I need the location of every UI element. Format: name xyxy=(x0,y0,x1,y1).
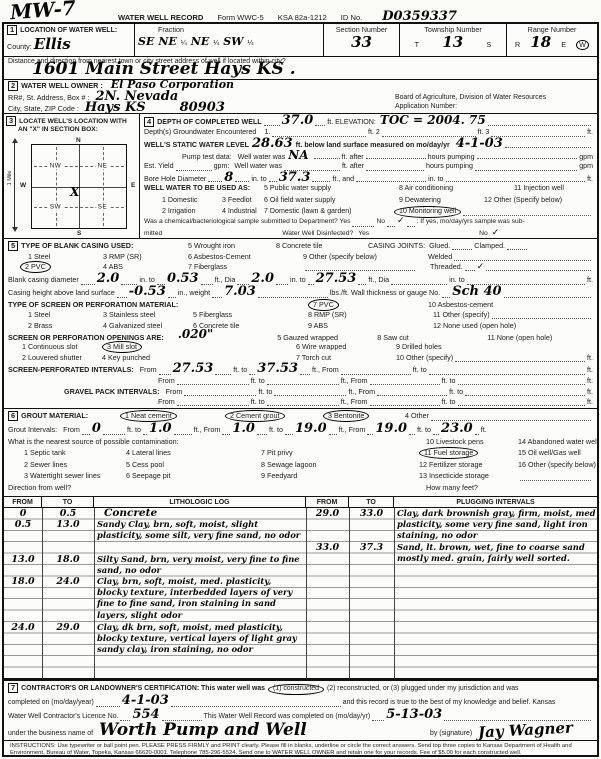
form-title: WATER WELL RECORD xyxy=(118,13,203,22)
blank-diameter-label: Blank casing diameter xyxy=(8,275,79,285)
screen-option-7-pvc-circled: 7 PVC xyxy=(308,299,339,311)
contamination-option-1: 1 Septic tank xyxy=(24,448,126,458)
in-to-label: in. to xyxy=(449,275,465,285)
ft-to-label: ft. to xyxy=(251,376,265,386)
lith-from-2: 0.5 xyxy=(4,519,42,530)
certification-text-2: (2) reconstructed, or (3) plugged under … xyxy=(327,684,519,694)
lith-to-1: 0.5 xyxy=(42,508,94,519)
from-label: From xyxy=(166,387,183,397)
grout-option-2-circled: 2 Cement grout xyxy=(225,410,285,422)
grout-from-3: 19.0 xyxy=(375,423,407,435)
section-5-casing: 5TYPE OF BLANK CASING USED: 5 Wrought ir… xyxy=(4,239,597,408)
plug-from-2: 33.0 xyxy=(306,542,349,553)
certification-text-4: and this record is true to the best of m… xyxy=(343,698,556,708)
section-3-title-2: AN "X" IN SECTION BOX: xyxy=(4,126,139,133)
plug-desc-2: Sand, lt. brown, wet, fine to coarse san… xyxy=(397,542,599,565)
section-number-value: 33 xyxy=(351,33,372,51)
county-label: County: xyxy=(7,42,32,51)
lith-to-5: 29.0 xyxy=(42,622,94,633)
section-3-locate: 3LOCATE WELL'S LOCATION WITH AN "X" IN S… xyxy=(4,114,140,238)
from-label: From xyxy=(140,365,157,375)
lith-from-1: 0 xyxy=(4,508,42,519)
ft-to-label: ft. to xyxy=(417,425,431,435)
use-option-3: 3 Feedlot xyxy=(222,195,264,205)
sample-question-2: : If yes, mo/day/yrs sample was sub- xyxy=(417,217,525,227)
lithologic-log-header: LITHOLOGIC LOG xyxy=(94,497,306,507)
contamination-option-11-circled: 11 Fuel storage xyxy=(419,447,478,459)
pump-test-value: NA xyxy=(288,150,308,161)
license-value: 554 xyxy=(132,709,159,721)
lith-desc-3: Silty Sand, brn, very moist, very fine t… xyxy=(97,554,303,577)
grout-option-1-circled: 1 Neat cement xyxy=(120,410,177,422)
contamination-option-6: 6 Seepage pit xyxy=(126,471,261,481)
use-option-11: 11 Injection well xyxy=(514,183,564,193)
plug-desc-1: Clay, dark brownish gray, firm, moist, m… xyxy=(397,508,599,542)
screen-option-8: 8 RMP (SR) xyxy=(308,310,433,320)
ft-to-label: ft. to xyxy=(233,365,247,375)
fraction-label: Fraction xyxy=(138,25,320,34)
no-label: No xyxy=(479,229,488,239)
south-label: S xyxy=(77,230,81,237)
ft-label: ft. xyxy=(587,275,593,285)
well-address-row: Distance and direction from nearest town… xyxy=(4,57,597,80)
lith-to-4: 24.0 xyxy=(42,576,94,587)
yes-label: Yes xyxy=(358,229,369,239)
contamination-option-9: 9 Feedyard xyxy=(261,471,419,481)
casing-height-label: Casing height above land surface xyxy=(8,288,115,298)
one-mile-label: 1 Mile xyxy=(7,163,13,193)
static-level-value: 28.63 xyxy=(252,138,293,150)
fraction-1: SE xyxy=(138,37,154,47)
screen-option-10: 10 Asbestos-cement xyxy=(428,300,493,310)
township-value: 13 xyxy=(442,36,463,50)
section-4-depth: 4 DEPTH OF COMPLETED WELL 37.0 ft. ELEVA… xyxy=(140,114,597,238)
completed-date-value: 4-1-03 xyxy=(122,695,169,707)
screen-interval-from: 27.53 xyxy=(173,363,214,375)
section-5-title: TYPE OF BLANK CASING USED: xyxy=(21,241,133,250)
used-as-title: WELL WATER TO BE USED AS: xyxy=(144,183,264,193)
casing-option-8: 8 Concrete tile xyxy=(276,241,368,251)
slot-size-value: .020" xyxy=(178,329,213,340)
ft-after-label: ft. after xyxy=(342,161,364,171)
casing-option-6: 6 Asbestos-Cement xyxy=(188,252,303,262)
ft-to-label: ft. to xyxy=(449,387,463,397)
lith-desc-1: Concrete xyxy=(104,508,304,519)
casing-option-3: 3 RMP (SR) xyxy=(103,252,188,262)
use-option-4: 4 Industrial xyxy=(222,206,264,216)
owner-city-label: City, State, ZIP Code : xyxy=(8,104,79,114)
opening-option-2: 2 Louvered shutter xyxy=(22,353,102,363)
ft-label: ft. xyxy=(587,127,593,137)
bore-diameter-value: 8 xyxy=(224,172,233,184)
lith-to-2: 13.0 xyxy=(42,519,94,530)
contamination-option-10: 10 Livestock pens xyxy=(426,437,518,447)
id-label: ID No. xyxy=(341,13,363,22)
screen-option-1: 1 Steel xyxy=(28,310,103,320)
ft-label: ft. xyxy=(587,397,593,407)
water-well-record-form: MW-7 WATER WELL RECORD Form WWC-5 KSA 82… xyxy=(0,0,601,759)
from-label: From xyxy=(158,376,175,386)
ft-label: ft. xyxy=(587,376,593,386)
ft-from-label: ft., From xyxy=(341,397,368,407)
disinfected-no-check: ✓ xyxy=(492,229,500,237)
form-number: Form WWC-5 xyxy=(217,13,263,22)
wall-thickness-label: lbs./ft. Wall thickness or gauge No. xyxy=(330,288,440,298)
ft-from-label: ft., From xyxy=(348,387,375,397)
east-label: E xyxy=(131,182,135,189)
use-option-8: 8 Air conditioning xyxy=(399,183,514,193)
lith-desc-2: Sandy Clay, brn, soft, moist, slight pla… xyxy=(97,519,303,542)
screen-interval-to: 37.53 xyxy=(257,363,298,375)
certification-text-1: CONTRACTOR'S OR LANDOWNER'S CERTIFICATIO… xyxy=(21,684,265,694)
section-2-owner: 2WATER WELL OWNER :El Paso Corporation R… xyxy=(4,80,597,114)
section-box: NW NE SW SE X xyxy=(31,144,127,229)
plug-to-1: 33.0 xyxy=(349,508,394,519)
township-s: S xyxy=(487,40,492,49)
application-number-label: Application Number: xyxy=(395,102,591,111)
owner-zip-value: 80903 xyxy=(180,102,225,114)
sample-question: Was a chemical/bacteriological sample su… xyxy=(144,217,350,227)
direction-label: Direction from well? xyxy=(8,483,426,493)
in-to-label: in. to xyxy=(290,275,306,285)
screen-option-3: 3 Stainless steel xyxy=(103,310,193,320)
section-5-number: 5 xyxy=(8,241,18,251)
business-name-value: Worth Pump and Well xyxy=(99,723,307,738)
range-e: E xyxy=(561,40,566,49)
ft-to-label: ft. to xyxy=(127,425,141,435)
nw-quadrant-label: NW xyxy=(48,162,64,169)
lith-from-3: 13.0 xyxy=(4,554,42,565)
casing-option-9: 9 Other (specify below) xyxy=(303,252,428,262)
agency-name: Board of Agriculture, Division of Water … xyxy=(395,93,591,102)
contamination-option-16: 16 Other (specify below) xyxy=(518,460,596,470)
grout-from-2: 1.0 xyxy=(232,423,255,435)
section-4-number: 4 xyxy=(144,117,154,127)
business-name-label: under the business name of xyxy=(8,729,93,739)
ft-label: ft. xyxy=(481,425,487,435)
to-header: TO xyxy=(349,497,394,507)
owner-city-value: Hays KS xyxy=(85,102,146,114)
contamination-option-3: 3 Watertight sewer lines xyxy=(24,471,126,481)
form-header: MW-7 WATER WELL RECORD Form WWC-5 KSA 82… xyxy=(0,0,601,22)
statute: KSA 82a-1212 xyxy=(278,13,327,22)
disinfected-label: Water Well Disinfected? xyxy=(282,229,353,239)
section-1-title: LOCATION OF WATER WELL: xyxy=(20,27,117,34)
range-w-circled: W xyxy=(576,40,589,50)
ft-label: ft. xyxy=(587,353,593,363)
contamination-option-14: 14 Abandoned water well xyxy=(518,437,598,447)
use-option-7: 7 Domestic (lawn & garden) xyxy=(264,206,394,216)
well-id-handwritten: MW-7 xyxy=(9,0,76,21)
section-6-title: GROUT MATERIAL: xyxy=(21,411,88,420)
lith-from-5: 24.0 xyxy=(4,622,42,633)
lith-desc-4: Clay, brn, soft, moist, med. plasticity,… xyxy=(97,576,303,622)
dia-label: ft., Dia xyxy=(368,275,389,285)
section-7-certification: 7 CONTRACTOR'S OR LANDOWNER'S CERTIFICAT… xyxy=(4,679,597,740)
from-header: FROM xyxy=(306,497,349,507)
contamination-option-4: 4 Lateral lines xyxy=(126,448,261,458)
from-header: FROM xyxy=(4,497,42,507)
section-2-title: WATER WELL OWNER : xyxy=(21,81,103,91)
well-water-was-label: Well water was xyxy=(234,161,282,171)
lith-desc-5: Clay, dk brn, soft, moist, med plasticit… xyxy=(97,622,303,656)
ft-to-label: ft. to xyxy=(442,397,456,407)
contamination-title: What is the nearest source of possible c… xyxy=(8,437,426,447)
dia-label: ft., Dia xyxy=(215,275,236,285)
from-label: From xyxy=(158,397,175,407)
grout-option-3-circled: 3 Bentonite xyxy=(323,410,369,422)
contamination-option-7: 7 Pit privy xyxy=(261,448,419,458)
threaded-check: ✓ xyxy=(477,263,485,271)
use-option-9: 9 Dewatering xyxy=(399,195,484,205)
gw-2: ft. 2 xyxy=(368,127,380,137)
use-option-1: 1 Domestic xyxy=(162,195,222,205)
ft-label: ft. xyxy=(587,387,593,397)
opening-option-1: 1 Continuous slot xyxy=(22,342,102,352)
contamination-option-12: 12 Fertilizer storage xyxy=(419,460,518,470)
blank-diameter-1: 2.0 xyxy=(97,273,120,285)
fraction-4: SW xyxy=(223,37,243,47)
grout-to-1: 1.0 xyxy=(149,423,172,435)
instructions-footer: INSTRUCTIONS: Use typewriter or ball poi… xyxy=(4,740,597,757)
sample-no-check: ✓ xyxy=(397,217,405,225)
blank-diameter-2: 2.0 xyxy=(251,273,274,285)
signature-value: Jay Wagner xyxy=(478,721,573,739)
from-label: From xyxy=(63,425,80,435)
range-label: Range Number xyxy=(510,25,594,34)
opening-option-9: 9 Drilled holes xyxy=(396,342,442,352)
section-3-number: 3 xyxy=(6,116,16,126)
west-label: W xyxy=(20,182,26,189)
casing-height-value: -0.53 xyxy=(129,286,166,298)
in-to-label: in. to xyxy=(139,275,155,285)
section-6-number: 6 xyxy=(8,411,18,421)
ft-from-label: ft., From xyxy=(312,365,339,375)
use-option-6: 6 Oil field water supply xyxy=(264,195,399,205)
section-diagram: 1 Mile N S W E NW NE SW SE X xyxy=(4,133,139,235)
ft-from-label: ft., From xyxy=(194,425,221,435)
contamination-option-5: 5 Cess pool xyxy=(126,460,261,470)
well-location-x-mark: X xyxy=(70,187,79,198)
grout-intervals-label: Grout Intervals: xyxy=(8,425,57,435)
plugging-intervals-header: PLUGGING INTERVALS xyxy=(394,497,597,507)
se-quadrant-label: SE xyxy=(96,204,109,211)
use-option-12: 12 Other (Specify below) xyxy=(484,195,562,205)
to-header: TO xyxy=(42,497,94,507)
casing-joints-label: CASING JOINTS: xyxy=(368,241,425,251)
use-option-2: 2 Irrigation xyxy=(162,206,222,216)
grout-to-2: 19.0 xyxy=(295,423,327,435)
ft-to-label: ft. to xyxy=(269,425,283,435)
casing-option-1: 1 Steel xyxy=(28,252,103,262)
screen-option-11: 11 Other (specify) xyxy=(433,310,490,320)
casing-option-7: 7 Fiberglass xyxy=(188,262,303,272)
ft-label: ft. xyxy=(587,365,593,375)
lith-to-3: 18.0 xyxy=(42,554,94,565)
depth-value: 37.0 xyxy=(282,115,314,127)
groundwater-label: Depth(s) Groundwater Encountered xyxy=(144,127,256,137)
sw-quadrant-label: SW xyxy=(48,204,63,211)
gravel-title: GRAVEL PACK INTERVALS: xyxy=(64,387,160,397)
grout-to-3: 23.0 xyxy=(441,423,473,435)
ft-from-label: ft., From xyxy=(341,376,368,386)
elevation-label: ft. ELEVATION: xyxy=(327,117,376,127)
section-1-location: 1LOCATION OF WATER WELL: County: Ellis F… xyxy=(4,24,597,57)
contamination-option-8: 8 Sewage lagoon xyxy=(261,460,419,470)
gauge-value: Sch 40 xyxy=(452,286,501,298)
one-mile-arrow xyxy=(14,141,15,229)
opening-option-3-circled: 3 Mill slot xyxy=(102,341,142,353)
grout-option-4: 4 Other xyxy=(405,411,429,421)
use-option-5: 5 Public water supply xyxy=(264,183,399,193)
quarter-symbol: ¼ xyxy=(213,38,219,47)
record-date-value: 5-13-03 xyxy=(386,709,442,721)
north-label: N xyxy=(76,137,81,144)
ft-to-label: ft. to xyxy=(413,365,427,375)
opening-option-6: 6 Wire wrapped xyxy=(296,342,396,352)
sample-question-wrap: mitted xyxy=(144,229,162,239)
fraction-3: NE xyxy=(191,37,209,47)
plug-to-2: 37.3 xyxy=(349,542,394,553)
weight-label: in., weight xyxy=(178,288,210,298)
contamination-option-15: 15 Oil well/Gas well xyxy=(518,448,581,458)
gpm-label: gpm xyxy=(579,161,593,171)
log-table-header: FROM TO LITHOLOGIC LOG FROM TO PLUGGING … xyxy=(4,496,597,508)
blank-depth-2: 27.53 xyxy=(316,273,357,285)
lith-from-4: 18.0 xyxy=(4,576,42,587)
range-r: R xyxy=(515,40,520,49)
quarter-symbol: ¼ xyxy=(248,38,254,47)
screen-option-2: 2 Brass xyxy=(28,321,103,331)
section-3-title-1: LOCATE WELL'S LOCATION WITH xyxy=(19,118,127,125)
casing-weight-value: 7.03 xyxy=(224,286,256,298)
screen-option-12: 12 None used (open hole) xyxy=(433,321,516,331)
screen-option-9: 9 ABS xyxy=(308,321,433,331)
section-7-number: 7 xyxy=(8,683,18,693)
opening-option-10: 10 Other (specify) xyxy=(396,353,453,363)
signature-label: by (signature) xyxy=(430,729,472,739)
address-value: 1601 Main Street Hays KS . xyxy=(32,62,296,77)
threaded-label: Threaded. xyxy=(430,262,463,272)
section-1-number: 1 xyxy=(7,25,17,35)
county-value: Ellis xyxy=(34,35,71,53)
no-label: No xyxy=(376,217,385,227)
section-2-number: 2 xyxy=(8,81,18,91)
est-yield-label: Est. Yield xyxy=(144,161,174,171)
fraction-2: NE xyxy=(158,37,176,47)
form-body: 1LOCATION OF WATER WELL: County: Ellis F… xyxy=(2,22,599,757)
welded-label: Welded xyxy=(428,252,452,262)
ne-quadrant-label: NE xyxy=(96,162,110,169)
screen-option-5: 5 Fiberglass xyxy=(193,310,308,320)
section-6-grout: 6GROUT MATERIAL: 1 Neat cement 2 Cement … xyxy=(4,408,597,496)
blank-depth-1: 0.53 xyxy=(167,273,199,285)
ft-to-label: ft. to xyxy=(442,376,456,386)
plug-from-1: 29.0 xyxy=(306,508,349,519)
clamped-label: Clamped. xyxy=(474,241,505,251)
instructions-line-2: Environment, Bureau of Water, Topeka, Ka… xyxy=(10,750,591,757)
ft-to-label: ft. to xyxy=(251,397,265,407)
screen-material-title: TYPE OF SCREEN OR PERFORATION MATERIAL: xyxy=(8,300,238,310)
opening-option-7: 7 Torch cut xyxy=(296,353,396,363)
casing-option-2-pvc-circled: 2 PVC xyxy=(20,261,51,273)
screen-intervals-title: SCREEN-PERFORATED INTERVALS: xyxy=(8,365,134,375)
completed-on-label: completed on (mo/day/year) xyxy=(8,698,94,708)
static-level-date: 4-1-03 xyxy=(456,138,503,150)
contamination-option-2: 2 Sewer lines xyxy=(24,460,126,470)
how-many-feet-label: How many feet? xyxy=(426,483,478,493)
ft-to-label: ft. to xyxy=(258,387,272,397)
log-table-body: 0 0.5 Concrete 0.5 13.0 Sandy Clay, brn,… xyxy=(4,508,597,679)
contamination-option-13: 13 Insecticide storage xyxy=(419,471,518,481)
township-t: T xyxy=(415,40,419,49)
ft-from-label: ft., From xyxy=(339,425,366,435)
casing-option-5: 5 Wrought iron xyxy=(188,241,276,251)
hours-pumping-label: hours pumping xyxy=(426,161,473,171)
elevation-value: TOC = 2004. 75 xyxy=(380,115,486,126)
glued-label: Glued. xyxy=(429,241,450,251)
depth-label: DEPTH OF COMPLETED WELL xyxy=(157,117,261,127)
grout-from-1: 0 xyxy=(92,423,101,435)
instructions-line-1: INSTRUCTIONS: Use typewriter or ball poi… xyxy=(10,743,591,750)
bore-depth-value: 37.3 xyxy=(279,172,311,184)
quarter-symbol: ¼ xyxy=(181,38,187,47)
range-value: 18 xyxy=(530,36,551,50)
